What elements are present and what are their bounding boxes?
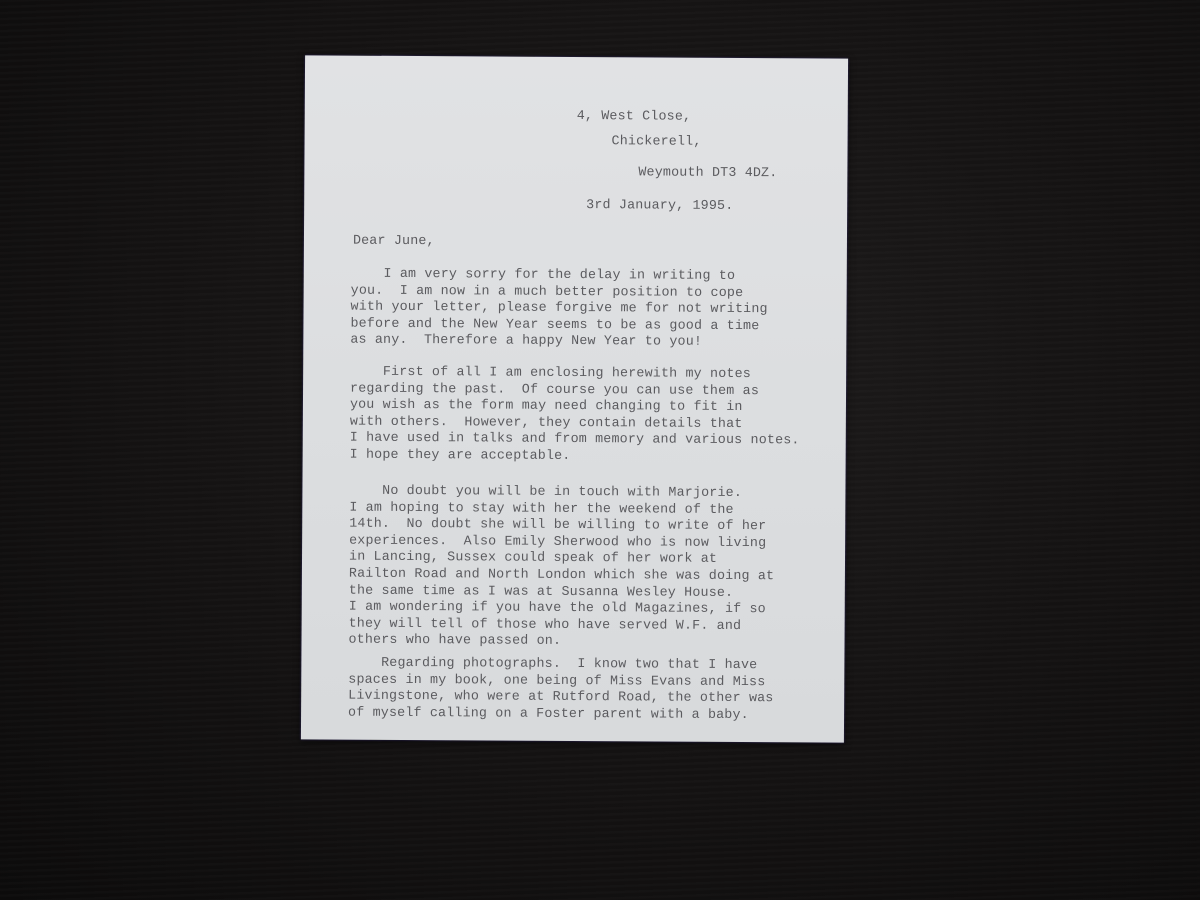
text-line: I am very sorry for the delay in writing… [351, 266, 768, 285]
address-line-1: 4, West Close, [577, 108, 692, 125]
address-line-2: Chickerell, [612, 133, 702, 150]
paragraph-apology: I am very sorry for the delay in writing… [350, 266, 768, 352]
paragraph-contacts: No doubt you will be in touch with Marjo… [348, 483, 774, 652]
typewritten-letter: 4, West Close, Chickerell, Weymouth DT3 … [301, 55, 848, 742]
text-line: No doubt you will be in touch with Marjo… [349, 483, 774, 502]
text-line: I hope they are acceptable. [350, 447, 800, 466]
text-line: of myself calling on a Foster parent wit… [348, 704, 773, 723]
paragraph-notes: First of all I am enclosing herewith my … [350, 364, 800, 466]
salutation: Dear June, [353, 233, 435, 249]
text-line: as any. Therefore a happy New Year to yo… [350, 332, 767, 351]
paragraph-photographs: Regarding photographs. I know two that I… [348, 655, 774, 724]
text-line: Regarding photographs. I know two that I… [348, 655, 773, 674]
address-line-3: Weymouth DT3 4DZ. [638, 164, 777, 181]
text-line: Railton Road and North London which she … [349, 566, 774, 585]
letter-date: 3rd January, 1995. [586, 197, 733, 214]
text-line: others who have passed on. [348, 632, 773, 651]
